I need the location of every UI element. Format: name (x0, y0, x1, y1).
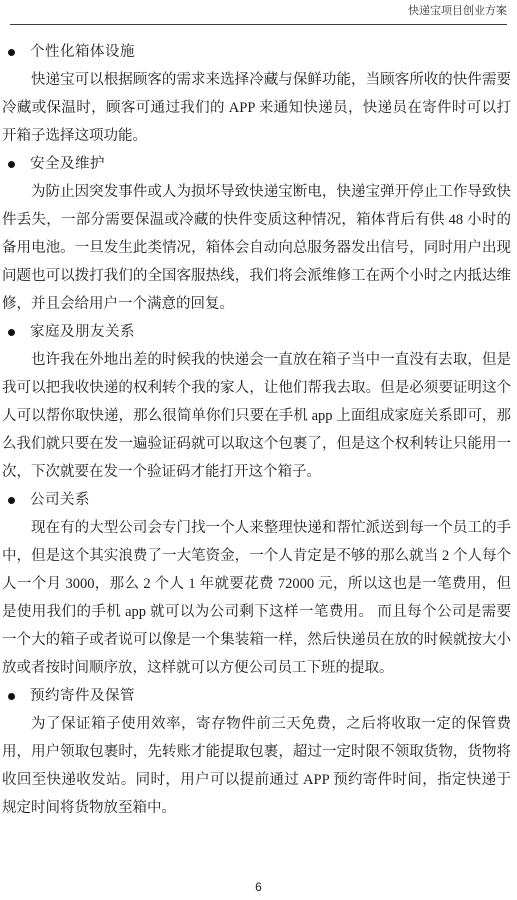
header-title: 快递宝项目创业方案 (408, 5, 507, 17)
document-content: 个性化箱体设施 快递宝可以根据顾客的需求来选择冷藏与保鲜功能，当顾客所收的快件需… (2, 38, 511, 822)
bullet-icon (8, 49, 15, 56)
bullet-heading: 预约寄件及保管 (2, 682, 511, 710)
section-reservation-storage: 预约寄件及保管 为了保证箱子使用效率，寄存物件前三天免费，之后将收取一定的保管费… (2, 682, 511, 822)
section-personalized-box: 个性化箱体设施 快递宝可以根据顾客的需求来选择冷藏与保鲜功能，当顾客所收的快件需… (2, 38, 511, 150)
page-number: 6 (255, 880, 262, 894)
section-heading: 家庭及朋友关系 (30, 318, 135, 346)
bullet-heading: 公司关系 (2, 486, 511, 514)
section-company-relation: 公司关系 现在有的大型公司会专门找一个人来整理快递和帮忙派送到每一个员工的手中，… (2, 486, 511, 682)
section-paragraph: 现在有的大型公司会专门找一个人来整理快递和帮忙派送到每一个员工的手中，但是这个其… (2, 514, 511, 682)
page-header: 快递宝项目创业方案 (10, 0, 507, 25)
section-heading: 公司关系 (30, 486, 90, 514)
section-family-friends: 家庭及朋友关系 也许我在外地出差的时候我的快递会一直放在箱子当中一直没有去取，但… (2, 318, 511, 486)
bullet-icon (8, 497, 15, 504)
section-paragraph: 也许我在外地出差的时候我的快递会一直放在箱子当中一直没有去取，但是我可以把我收快… (2, 346, 511, 486)
section-heading: 个性化箱体设施 (30, 38, 135, 66)
bullet-heading: 安全及维护 (2, 150, 511, 178)
section-paragraph: 为了保证箱子使用效率，寄存物件前三天免费，之后将收取一定的保管费用，用户领取包裹… (2, 710, 511, 822)
bullet-heading: 家庭及朋友关系 (2, 318, 511, 346)
bullet-icon (8, 693, 15, 700)
bullet-icon (8, 161, 15, 168)
page-footer: 6 (0, 880, 517, 894)
bullet-icon (8, 329, 15, 336)
bullet-heading: 个性化箱体设施 (2, 38, 511, 66)
section-paragraph: 为防止因突发事件或人为损坏导致快递宝断电，快递宝弹开停止工作导致快件丢失，一部分… (2, 178, 511, 318)
section-safety-maintenance: 安全及维护 为防止因突发事件或人为损坏导致快递宝断电，快递宝弹开停止工作导致快件… (2, 150, 511, 318)
document-page: 快递宝项目创业方案 个性化箱体设施 快递宝可以根据顾客的需求来选择冷藏与保鲜功能… (0, 0, 517, 900)
section-heading: 预约寄件及保管 (30, 682, 135, 710)
section-heading: 安全及维护 (30, 150, 105, 178)
section-paragraph: 快递宝可以根据顾客的需求来选择冷藏与保鲜功能，当顾客所收的快件需要冷藏或保温时，… (2, 66, 511, 150)
